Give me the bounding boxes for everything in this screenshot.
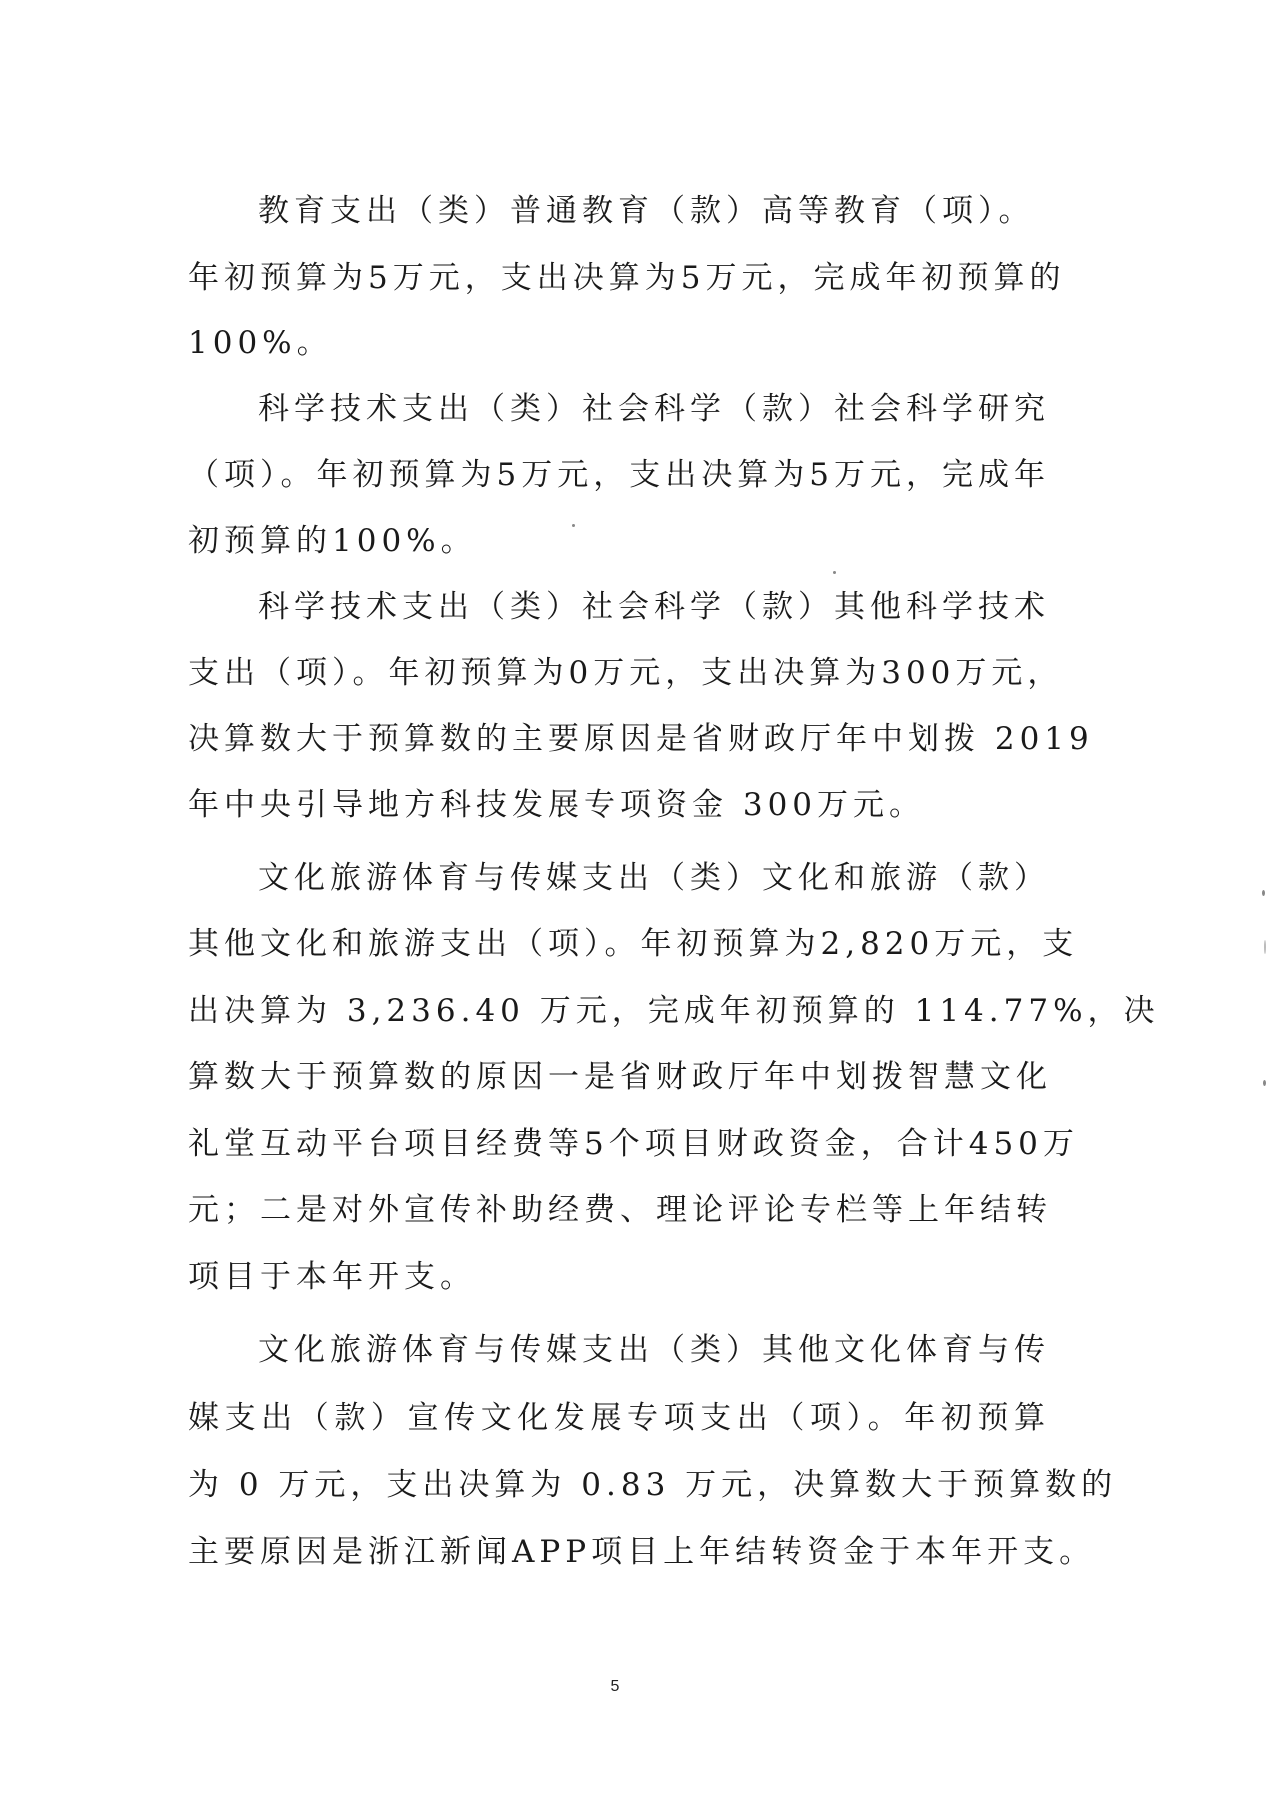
paragraph-4-line-7: 项目于本年开支。 [188, 1257, 1050, 1297]
scan-speck [1262, 890, 1265, 896]
scan-speck [833, 571, 836, 574]
scan-speck [1263, 1080, 1266, 1086]
paragraph-4-line-6: 元；二是对外宣传补助经费、理论评论专栏等上年结转 [188, 1190, 1050, 1230]
document-page: 教育支出（类）普通教育（款）高等教育（项）。 年初预算为5万元，支出决算为5万元… [0, 0, 1280, 1810]
paragraph-3-line-3: 决算数大于预算数的主要原因是省财政厅年中划拨 2019 [188, 719, 1050, 759]
paragraph-2-line-1: 科学技术支出（类）社会科学（款）社会科学研究 [258, 389, 1050, 429]
paragraph-5-line-2: 媒支出（款）宣传文化发展专项支出（项）。年初预算 [188, 1398, 1050, 1438]
paragraph-2-line-3: 初预算的100%。 [188, 521, 1050, 561]
paragraph-5-line-4: 主要原因是浙江新闻APP项目上年结转资金于本年开支。 [188, 1532, 1050, 1572]
paragraph-3-line-2: 支出（项）。年初预算为0万元，支出决算为300万元， [188, 653, 1050, 693]
paragraph-1-line-2: 年初预算为5万元，支出决算为5万元，完成年初预算的 [188, 258, 1050, 298]
paragraph-5-line-1: 文化旅游体育与传媒支出（类）其他文化体育与传 [258, 1330, 1050, 1370]
paragraph-4-line-5: 礼堂互动平台项目经费等5个项目财政资金，合计450万 [188, 1124, 1050, 1164]
paragraph-5-line-3: 为 0 万元，支出决算为 0.83 万元，决算数大于预算数的 [188, 1465, 1050, 1505]
paragraph-4-line-2: 其他文化和旅游支出（项）。年初预算为2,820万元，支 [188, 924, 1050, 964]
paragraph-1-line-1: 教育支出（类）普通教育（款）高等教育（项）。 [258, 191, 1050, 231]
paragraph-4-line-3: 出决算为 3,236.40 万元，完成年初预算的 114.77%，决 [188, 991, 1050, 1031]
paragraph-2-line-2: （项）。年初预算为5万元，支出决算为5万元，完成年 [188, 455, 1050, 495]
paragraph-4-line-4: 算数大于预算数的原因一是省财政厅年中划拨智慧文化 [188, 1057, 1050, 1097]
paragraph-4-line-1: 文化旅游体育与传媒支出（类）文化和旅游（款） [258, 858, 1050, 898]
scan-speck [572, 524, 575, 527]
page-number: 5 [600, 1678, 630, 1696]
scan-speck [1264, 940, 1266, 954]
paragraph-3-line-1: 科学技术支出（类）社会科学（款）其他科学技术 [258, 587, 1050, 627]
paragraph-3-line-4: 年中央引导地方科技发展专项资金 300万元。 [188, 785, 1050, 825]
paragraph-1-line-3: 100%。 [188, 323, 1050, 363]
